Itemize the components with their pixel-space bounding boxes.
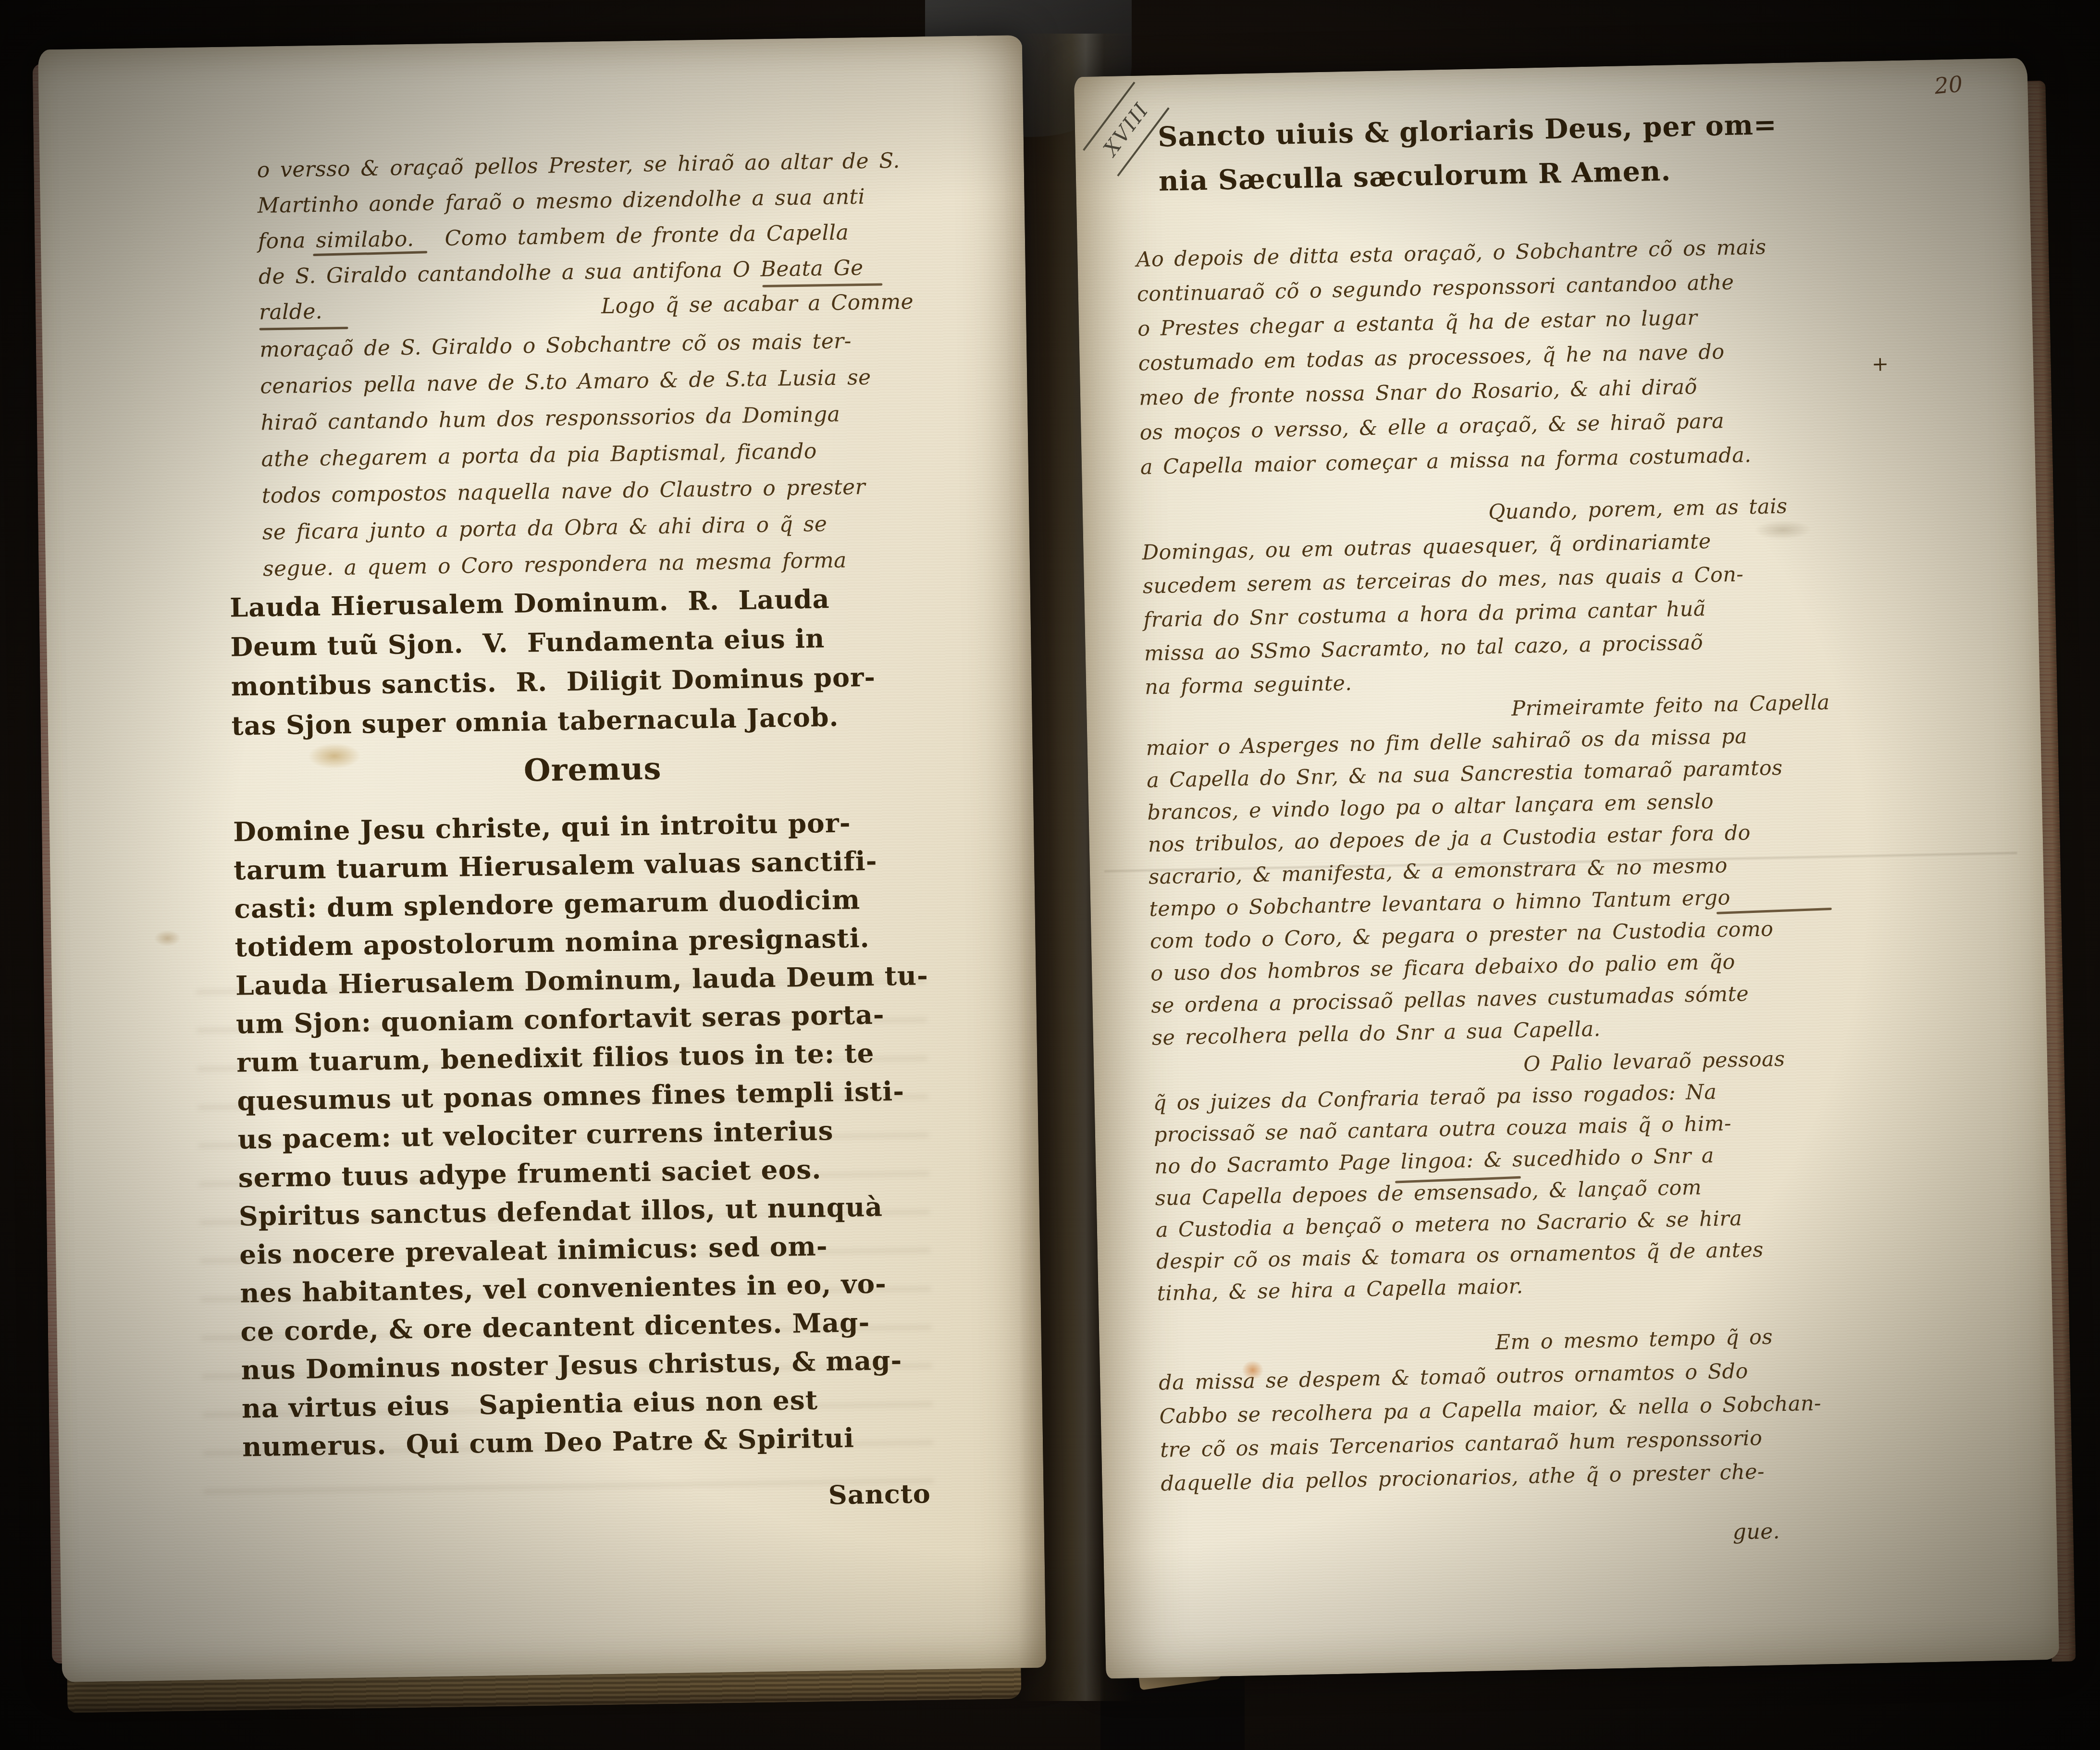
paragraph-logo-commemoracao: Logo q̃ se acabar a Commemoraçaõ de S. G… bbox=[259, 291, 918, 595]
paragraph-ao-depois: Ao depois de ditta esta oraçaõ, o Sobcha… bbox=[1136, 237, 1771, 492]
oremus-heading: Oremus bbox=[232, 746, 953, 793]
catchword-left: Sancto bbox=[828, 1478, 931, 1510]
paragraph-quando-porem: Quando, porem, em as taisDomingas, ou em… bbox=[1141, 496, 1791, 711]
photograph-background: o versso & oraçaõ pellos Prester, se hir… bbox=[0, 0, 2100, 1750]
paragraph-em-o-mesmo-tempo: Em o mesmo tempo q̃ osda missa se despem… bbox=[1158, 1326, 1823, 1508]
versicle-lauda-hierusalem: Lauda Hierusalem Dominum. R. LaudaDeum t… bbox=[230, 585, 877, 752]
paragraph-primeiramente: Primeiramte feito na Capellamaior o Aspe… bbox=[1145, 692, 1837, 1060]
right-page: 20 XVIII Sancto uiuis & gloriaris Deus, … bbox=[1074, 58, 2060, 1678]
margin-note-numeral: XVIII bbox=[1083, 82, 1170, 176]
folio-number: 20 bbox=[1933, 71, 1964, 99]
catchword-right: gue. bbox=[1732, 1519, 1780, 1544]
left-page: o versso & oraçaõ pellos Prester, se hir… bbox=[38, 35, 1046, 1682]
paper-stain bbox=[154, 930, 181, 947]
prayer-domine-jesu-christe: Domine Jesu christe, qui in introitu por… bbox=[233, 808, 936, 1472]
heading-sancto-vivis: Sancto uiuis & gloriaris Deus, per om=ni… bbox=[1158, 111, 1779, 212]
manuscript-line: tas Sjon super omnia tabernacula Jacob. bbox=[231, 703, 876, 752]
margin-cross-mark: + bbox=[1872, 352, 1890, 376]
manuscript-line: numerus. Qui cum Deo Patre & Spiritui bbox=[242, 1423, 936, 1472]
paragraph-o-palio: O Palio levaraõ pessoasq̃ os juizes da C… bbox=[1152, 1049, 1790, 1315]
manuscript-line: nia Sæculla sæculorum R Amen. bbox=[1159, 155, 1779, 212]
